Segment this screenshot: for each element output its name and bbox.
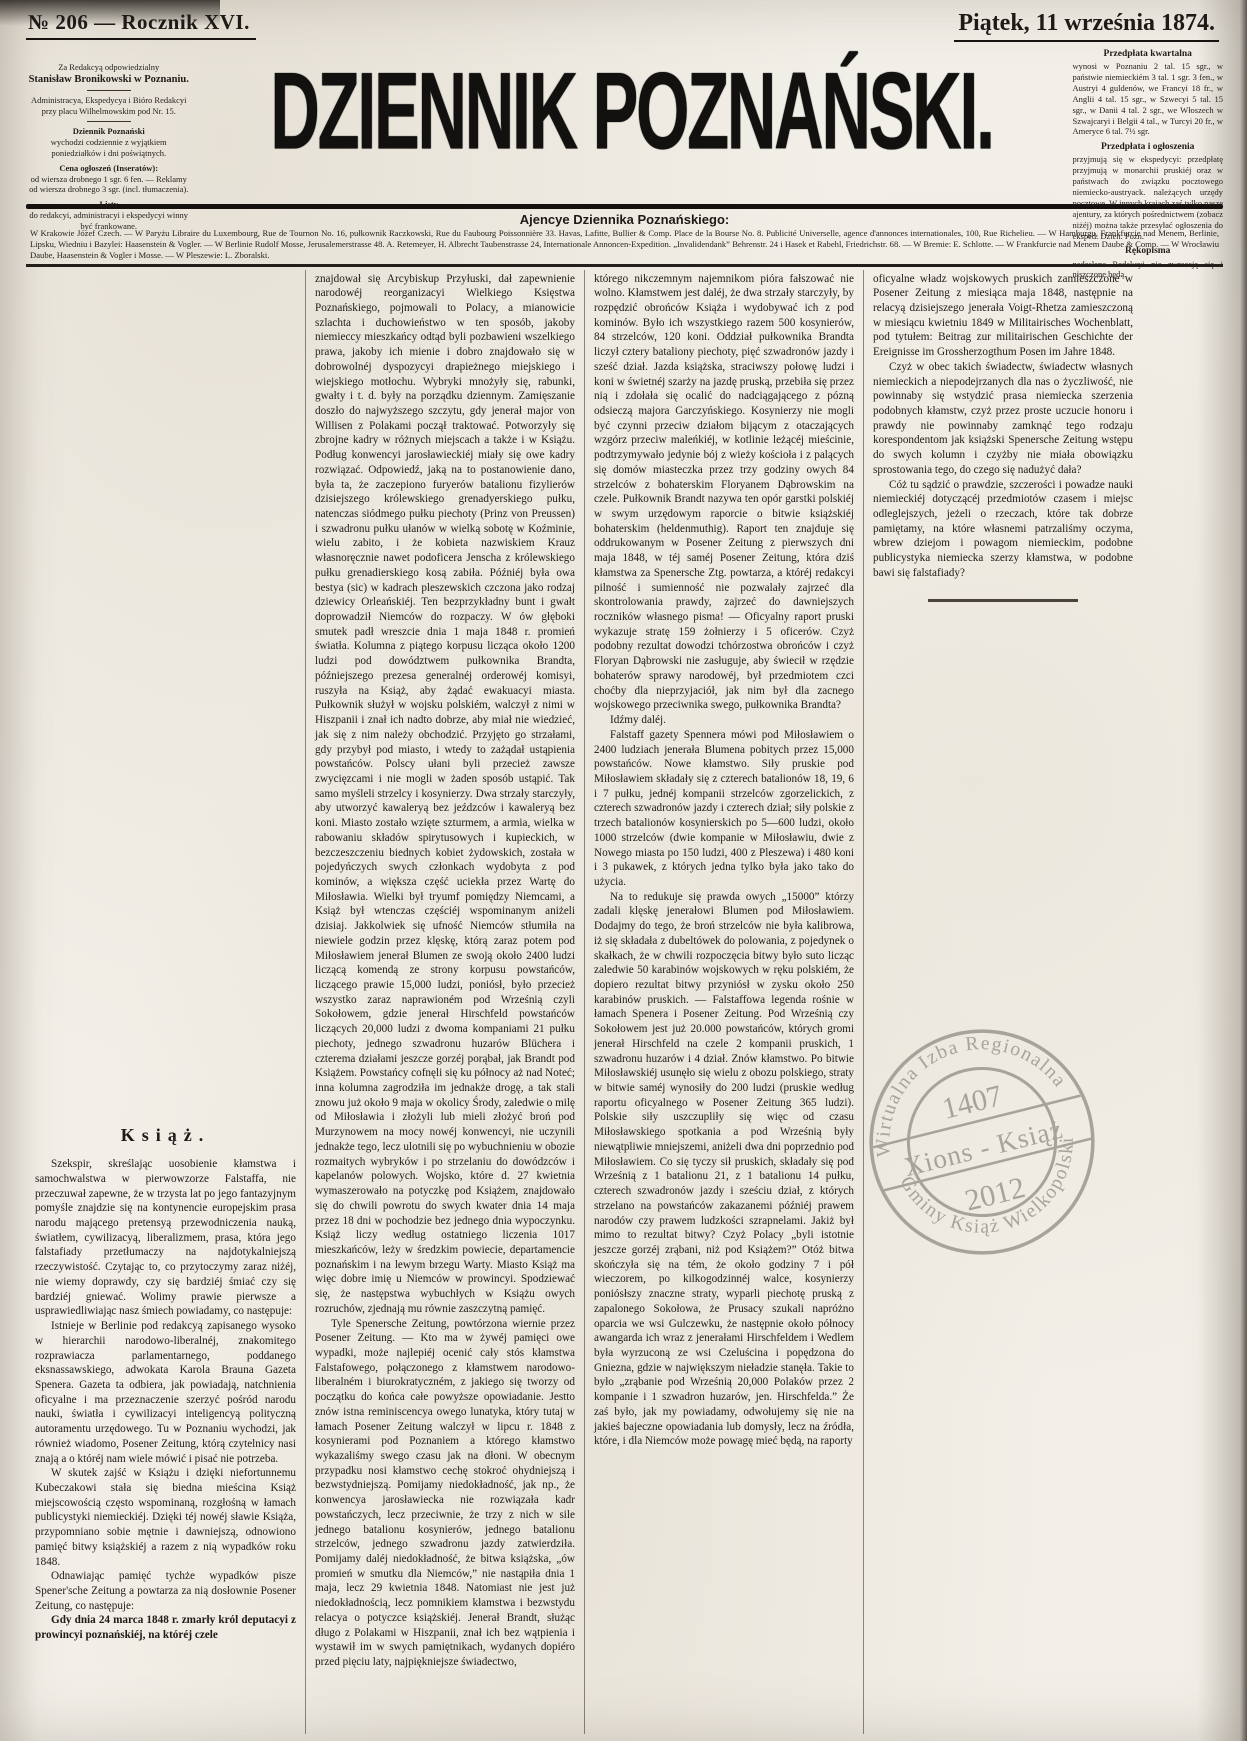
newspaper-title: DZIENNIK POZNAŃSKI. bbox=[271, 48, 993, 174]
header-rule bbox=[26, 204, 1223, 209]
column-1-blank bbox=[35, 272, 296, 1124]
paragraph: którego nikczemnym najemnikom pióra fałs… bbox=[594, 272, 854, 714]
ad-price-title: Cena ogłoszeń (Inseratów): bbox=[26, 163, 191, 174]
paragraph: Odnawiając pamięć tychże wypadków pisze … bbox=[35, 1569, 296, 1613]
subscription-text: wynosi w Poznaniu 2 tal. 15 sgr., w pańs… bbox=[1072, 61, 1223, 137]
paragraph-quote-start: Gdy dnia 24 marca 1848 r. zmarły król de… bbox=[35, 1613, 296, 1642]
body-rule bbox=[26, 264, 1223, 267]
orders-section: Przedpłata i ogłoszenia przyjmują się w … bbox=[1072, 141, 1223, 241]
page-content: № 206 — Rocznik XVI. Piątek, 11 września… bbox=[0, 0, 1247, 1734]
column-1: Książ. Szekspir, skreślając uosobienie k… bbox=[26, 270, 305, 1734]
paragraph: Na to redukuje się prawda owych „15000” … bbox=[594, 890, 854, 1449]
divider-rule bbox=[87, 90, 131, 91]
orders-title: Przedpłata i ogłoszenia bbox=[1072, 141, 1223, 153]
divider-rule bbox=[87, 121, 131, 122]
masthead: DZIENNIK POZNAŃSKI. bbox=[191, 46, 1072, 157]
editor-label: Za Redakcyą odpowiedzialny bbox=[26, 62, 191, 73]
paragraph: Czyż w obec takich świadectw, świadectw … bbox=[873, 360, 1133, 478]
paragraph: znajdował się Arcybiskup Przyłuski, dał … bbox=[315, 272, 575, 1317]
subscription-title: Przedpłata kwartalna bbox=[1072, 48, 1223, 60]
publication-schedule-section: Dziennik Poznański wychodzi codziennie z… bbox=[26, 126, 191, 159]
administration-section: Administracya, Ekspedycya i Bióro Redakc… bbox=[26, 95, 191, 117]
issue-number: № 206 — Rocznik XVI. bbox=[26, 10, 256, 40]
editor-name: Stanisław Bronikowski w Poznaniu. bbox=[26, 73, 191, 86]
agency-heading: Ajencye Dziennika Poznańskiego: bbox=[26, 212, 1223, 227]
column-2: znajdował się Arcybiskup Przyłuski, dał … bbox=[305, 270, 584, 1734]
subscription-price-section: Przedpłata kwartalna wynosi w Poznaniu 2… bbox=[1072, 48, 1223, 137]
column-4: oficyalne władz wojskowych pruskich zami… bbox=[863, 270, 1142, 1734]
paragraph: Tyle Spenersche Zeitung, powtórzona wier… bbox=[315, 1317, 575, 1670]
newspaper-page: № 206 — Rocznik XVI. Piątek, 11 września… bbox=[0, 0, 1247, 1741]
header-row: № 206 — Rocznik XVI. Piątek, 11 września… bbox=[26, 10, 1223, 42]
article-title: Książ. bbox=[35, 1124, 296, 1148]
publisher-info-box: Za Redakcyą odpowiedzialny Stanisław Bro… bbox=[26, 46, 191, 236]
paragraph: Idźmy daléj. bbox=[594, 713, 854, 728]
masthead-band: Za Redakcyą odpowiedzialny Stanisław Bro… bbox=[26, 46, 1223, 202]
schedule-text: wychodzi codziennie z wyjątkiem poniedzi… bbox=[26, 137, 191, 159]
paragraph: oficyalne władz wojskowych pruskich zami… bbox=[873, 272, 1133, 360]
paragraph: Istnieje w Berlinie pod redakcyą zapisan… bbox=[35, 1319, 296, 1466]
paragraph: Szekspir, skreślając uosobienie kłamstwa… bbox=[35, 1157, 296, 1319]
paragraph: W skutek zajść w Książu i dzięki niefort… bbox=[35, 1466, 296, 1569]
issue-date: Piątek, 11 września 1874. bbox=[954, 10, 1219, 42]
ad-price-text: od wiersza drobnego 1 sgr. 6 fen. — Rekl… bbox=[26, 174, 191, 196]
paragraph: Falstaff gazety Spennera mówi pod Miłosł… bbox=[594, 728, 854, 890]
paragraph: Cóż tu sądzić o prawdzie, szczerości i p… bbox=[873, 478, 1133, 581]
article-columns: Książ. Szekspir, skreślając uosobienie k… bbox=[26, 270, 1142, 1734]
letters-title: Listy bbox=[26, 199, 191, 210]
schedule-title: Dziennik Poznański bbox=[26, 126, 191, 137]
ad-price-section: Cena ogłoszeń (Inseratów): od wiersza dr… bbox=[26, 163, 191, 196]
article-end-divider bbox=[928, 599, 1078, 602]
editor-section: Za Redakcyą odpowiedzialny Stanisław Bro… bbox=[26, 62, 191, 86]
column-3: którego nikczemnym najemnikom pióra fałs… bbox=[584, 270, 863, 1734]
agency-list: W Krakowie Józef Czech. — W Paryżu Libra… bbox=[26, 228, 1223, 262]
